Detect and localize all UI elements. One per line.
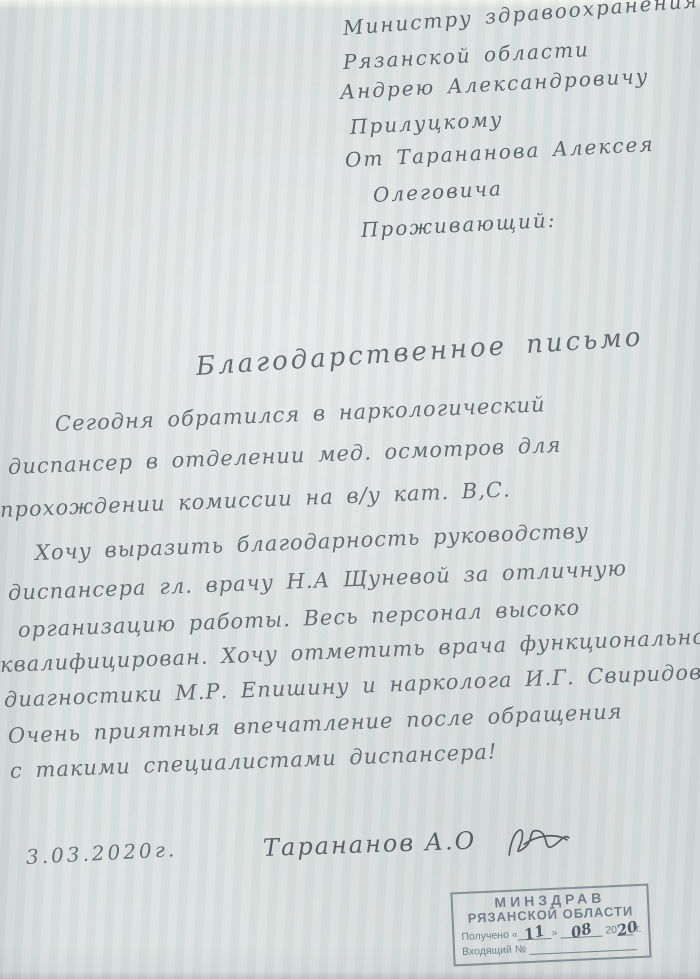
handwritten-letter-photo: Министру здравоохранения Рязанской облас…	[0, 0, 700, 979]
recipient-line: Прилуцкому	[349, 107, 504, 139]
received-year-handwriting: 20	[615, 920, 638, 937]
body-line: прохождении комиссии на в/у кат. В,С.	[0, 478, 511, 522]
signature-name: Тарананов А.О	[263, 827, 477, 862]
recipient-line: Олеговича	[372, 176, 503, 207]
received-day-slot: 11	[517, 928, 551, 941]
body-line: диспансер в отделении мед. осмотров для	[8, 433, 562, 479]
received-year-slot: 20	[617, 924, 633, 936]
body-line: Сегодня обратился в наркологический	[55, 392, 546, 436]
ministry-stamp: МИНЗДРАВ РЯЗАНСКОЙ ОБЛАСТИ Получено «11»…	[450, 884, 651, 967]
received-month-slot: 08	[560, 926, 602, 939]
quote-close: »	[551, 927, 557, 939]
stamp-received-label: Получено	[461, 929, 509, 943]
received-month-handwriting: 08	[569, 922, 592, 939]
incoming-label: Входящий №	[462, 943, 526, 958]
letter-date: 3.03.2020г.	[25, 837, 177, 869]
body-line: с такими специалистами диспансера!	[10, 739, 498, 783]
body-line: Хочу выразить благодарность руководству	[35, 519, 590, 565]
incoming-number-slot	[529, 939, 637, 955]
signature-scribble	[494, 814, 581, 870]
received-day-handwriting: 11	[523, 924, 546, 941]
recipient-line: Проживающий:	[360, 208, 557, 242]
recipient-line: Министру здравоохранения	[342, 0, 699, 40]
letter-title: Благодарственное письмо	[195, 322, 644, 382]
recipient-line: От Тарананова Алексея	[344, 132, 655, 172]
